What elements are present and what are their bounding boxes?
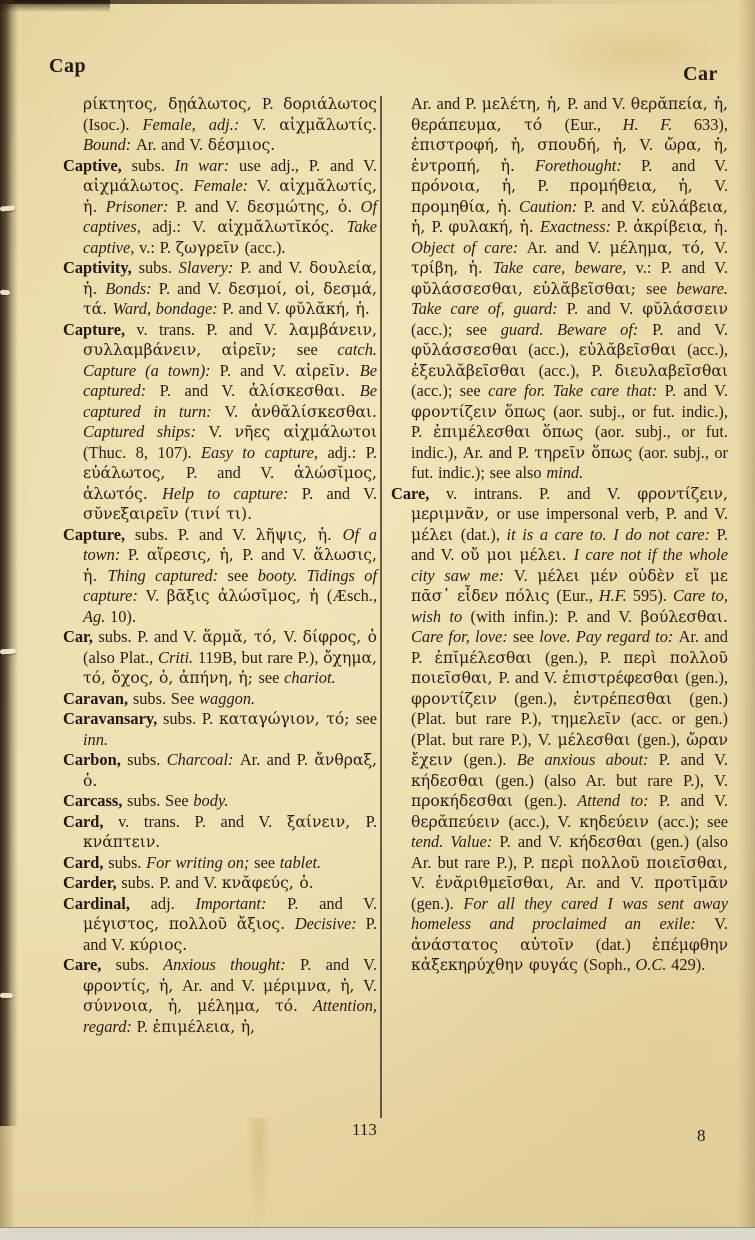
sense-label: I do not care: (613, 525, 716, 544)
entry-text: V. (224, 402, 251, 421)
greek-term: δοριάλωτος (283, 95, 377, 113)
entry-text: P. and V. (176, 197, 247, 216)
entry-text: subs. See (127, 791, 193, 810)
greek-term: αἵρεσις, ἡ, (147, 546, 242, 564)
greek-term: νῆες αἰχμάλωτοι (235, 423, 377, 441)
greek-term: κνάπτειν. (83, 833, 160, 851)
entry-headword: Caravansary, (63, 709, 163, 728)
sense-label: Anxious thought: (163, 955, 300, 974)
sense-label: Prisoner: (106, 197, 176, 216)
entry-text: (dat.), (461, 525, 507, 544)
sense-label: Important: (195, 894, 287, 913)
sense-label: Take care that: (553, 381, 665, 400)
book-page: Cap Car ρίκτητος, δῃάλωτος, P. δοριάλωτο… (0, 0, 755, 1240)
entry-headword: Cardinal, (63, 894, 151, 913)
greek-term: οὔ μοι μέλει. (461, 546, 574, 564)
greek-term: φροντίζειν (411, 690, 514, 708)
sense-label: Pay regard to: (576, 627, 679, 646)
entry-text: P. and V. (242, 545, 313, 564)
greek-term: σύννοια, ἡ, μέλημα, τό. (83, 997, 313, 1015)
greek-term: αἰχμάλωτος. (83, 177, 194, 195)
entry-text: 633), (694, 115, 728, 134)
entry-text: P. (538, 176, 570, 195)
entry-text: v. trans. P. and V. (118, 812, 287, 831)
sense-label: Object of care: (411, 238, 527, 257)
dictionary-entry: Carder, subs. P. and V. κνᾰφεύς, ὁ. (63, 873, 377, 894)
entry-text: V. (639, 135, 664, 154)
entry-text: Ar. and P. (240, 750, 315, 769)
sense-label: love. (539, 627, 576, 646)
greek-term: φροντίζειν ὅπως (411, 403, 553, 421)
sense-label: booty. (258, 566, 307, 585)
entry-text: P. and V. (665, 381, 728, 400)
entry-text: (Soph., (583, 955, 635, 974)
entry-text: P. and V. (659, 750, 728, 769)
greek-term: ἐξευλᾰβεῖσθαι (411, 362, 539, 380)
sense-label: Caution: (519, 197, 584, 216)
dictionary-column-left: ρίκτητος, δῃάλωτος, P. δοριάλωτος (Isoc.… (63, 94, 377, 1037)
greek-term: μέγιστος, πολλοῦ ἄξιος. (83, 915, 295, 933)
sense-label: Forethought: (535, 156, 641, 175)
entry-headword: Capture, (63, 320, 136, 339)
entry-text: subs. (132, 156, 175, 175)
greek-term: ἐπῐμέλεσθαι (434, 649, 545, 667)
entry-text: (acc.). (245, 238, 286, 257)
greek-term: προμήθεια, ἡ, (570, 177, 715, 195)
entry-text: (acc.), V. (508, 812, 579, 831)
entry-text: V. (514, 566, 538, 585)
entry-text: P. (137, 1017, 153, 1036)
dictionary-entry: Carbon, subs. Charcoal: Ar. and P. ἄνθρα… (63, 750, 377, 791)
entry-text: P. and V. (499, 832, 569, 851)
sense-label: Ward, bondage: (113, 299, 223, 318)
greek-term: φυλακή, ἡ. (448, 218, 540, 236)
greek-term: ἐπιμέλεια, ἡ, (153, 1018, 255, 1036)
greek-term: ἀνθᾰλίσκεσθαι. (251, 403, 377, 421)
entry-text: P. and V. (659, 791, 728, 810)
entry-text: P. (128, 545, 147, 564)
entry-text: 10). (110, 607, 136, 626)
greek-term: ἐπιστροφή, ἡ, σπουδή, ἡ, (411, 136, 639, 154)
entry-headword: Capture, (63, 525, 135, 544)
sense-label: mind. (546, 463, 583, 482)
greek-term: τημελεῖν (551, 710, 631, 728)
entry-text: use adj., P. and V. (239, 156, 377, 175)
entry-text: V. (363, 976, 377, 995)
sense-label: Care for, love: (411, 627, 513, 646)
entry-text: Ar. and V. (527, 238, 610, 257)
page-edge-right (737, 0, 755, 1240)
entry-text: (gen.), P. (545, 648, 623, 667)
sense-label: tend. (411, 832, 450, 851)
sense-label: body. (193, 791, 228, 810)
entry-text: subs. (116, 955, 163, 974)
dictionary-entry: Card, v. trans. P. and V. ξαίνειν, P. κν… (63, 812, 377, 853)
greek-term: πρόνοια, ἡ, (411, 177, 538, 195)
greek-term: φροντίς, ἡ, (83, 977, 182, 995)
entry-text: (Isoc.). (83, 115, 142, 134)
binding-tear-mark (0, 649, 16, 655)
entry-text: P. and V. (240, 258, 309, 277)
dictionary-entry: Carcass, subs. See body. (63, 791, 377, 812)
binding-tear-mark (0, 290, 10, 296)
dictionary-entry: Caravansary, subs. P. καταγώγιον, τό; se… (63, 709, 377, 750)
greek-term: μέλεσθαι (557, 731, 637, 749)
greek-term: δέσμιος. (208, 136, 275, 154)
greek-term: ρίκτητος, δῃάλωτος, (83, 95, 262, 113)
entry-text: (gen.). (464, 750, 517, 769)
entry-text: Ar. and V. (182, 976, 263, 995)
greek-term: τρίβη, ἡ. (411, 259, 493, 277)
entry-text: v. trans. P. and V. (136, 320, 288, 339)
entry-headword: Carbon, (63, 750, 127, 769)
entry-text: V. (411, 873, 435, 892)
sense-label: Female, adj.: (142, 115, 252, 134)
entry-text: (acc.), (687, 340, 728, 359)
entry-text: (gen.), (637, 730, 686, 749)
binding-tear-mark (0, 205, 15, 211)
entry-text: P. and V. (220, 361, 296, 380)
entry-text: P. and V. (159, 279, 229, 298)
greek-term: κνᾰφεύς, ὁ. (222, 874, 314, 892)
dictionary-entry: Card, subs. For writing on; see tablet. (63, 853, 377, 874)
greek-term: ἁλίσκεσθαι. (249, 382, 360, 400)
greek-term: ἅρμᾰ, τό, (202, 628, 283, 646)
greek-term: φῠλᾰκή, ἡ. (285, 300, 370, 318)
entry-text: see (513, 627, 539, 646)
entry-text: v.: P. (139, 238, 176, 257)
entry-text: (also Plat., (83, 648, 158, 667)
binding-edge-foot (0, 1126, 16, 1240)
entry-headword: Captive, (63, 156, 132, 175)
sense-label: H. F. (623, 115, 694, 134)
entry-text: 119B, but rare P.), (198, 648, 323, 667)
scan-edge-top (0, 0, 755, 4)
sense-label: Bound: (83, 135, 136, 154)
greek-term: θερᾰπεύειν (411, 813, 508, 831)
greek-term: ἀκρίβεια, ἡ. (633, 218, 728, 236)
greek-term: περὶ πολλοῦ ποιεῖσθαι, (541, 854, 728, 872)
entry-text: adj.: V. (152, 217, 217, 236)
entry-text: subs. (127, 750, 167, 769)
entry-text: see (254, 853, 280, 872)
entry-text: P. and V. (499, 668, 563, 687)
sense-label: waggon. (199, 689, 255, 708)
entry-text: v. intrans. P. and V. (446, 484, 637, 503)
greek-term: δίφρος, ὁ (303, 628, 377, 646)
entry-text: subs. (108, 853, 146, 872)
greek-term: αἱρεῖν. (295, 362, 359, 380)
sense-label: Help to capture: (162, 484, 302, 503)
entry-text: P. and V. (222, 299, 285, 318)
sense-label: Attend to: (577, 791, 659, 810)
entry-headword: Carder, (63, 873, 121, 892)
entry-text: (acc.); see (411, 381, 488, 400)
entry-text: P. and V. (652, 320, 728, 339)
entry-text: adj.: P. (327, 443, 377, 462)
entry-text: Ar. and V. (136, 135, 208, 154)
entry-text: V. (283, 627, 302, 646)
entry-headword: Card, (63, 812, 118, 831)
entry-text: subs. P. (163, 709, 219, 728)
entry-text: subs. P. and V. (98, 627, 202, 646)
entry-text: (dat.) (596, 935, 652, 954)
entry-text: (Eur., (556, 586, 598, 605)
running-head-right: Car (683, 63, 718, 86)
greek-term: σῠνεξαιρεῖν (τινί τι). (83, 505, 252, 523)
entry-text: (Æsch., (327, 586, 377, 605)
sense-label: Thing captured: (107, 566, 227, 585)
sense-label: In war: (175, 156, 239, 175)
entry-headword: Care, (391, 484, 446, 503)
greek-term: εὐάλωτος, (83, 464, 186, 482)
sense-label: Slavery: (179, 258, 240, 277)
entry-text: (Thuc. 8, 107). (83, 443, 201, 462)
dictionary-entry: Car, subs. P. and V. ἅρμᾰ, τό, V. δίφρος… (63, 627, 377, 689)
entry-text: see (297, 340, 338, 359)
entry-text: Ar. and V. (565, 873, 654, 892)
dictionary-entry: Capture, subs. P. and V. λῆψις, ἡ. Of a … (63, 525, 377, 628)
entry-text: Ar. and P. (411, 94, 482, 113)
column-divider (380, 96, 382, 1118)
entry-text: subs. P. and V. (121, 873, 222, 892)
sense-label: Take care of, guard: (411, 299, 567, 318)
greek-term: αἰχμᾰλωτῐκός. (217, 218, 346, 236)
entry-text: V. (714, 914, 728, 933)
greek-term: λῆψις, ἡ. (256, 526, 343, 544)
entry-text: (acc.); see (658, 812, 728, 831)
dictionary-entry: Captive, subs. In war: use adj., P. and … (63, 156, 377, 259)
sense-label: Capture (a town): (83, 361, 220, 380)
sense-label: For writing on; (146, 853, 254, 872)
greek-term: ἐντρέπεσθαι (573, 690, 689, 708)
dictionary-entry: Captivity, subs. Slavery: P. and V. δουλ… (63, 258, 377, 320)
entry-continuation: Ar. and P. μελέτη, ἡ, P. and V. θερᾰπεία… (391, 94, 728, 484)
entry-text: (gen.). (524, 791, 577, 810)
entry-continuation: ρίκτητος, δῃάλωτος, P. δοριάλωτος (Isoc.… (63, 94, 377, 156)
entry-text: subs. See (133, 689, 199, 708)
entry-text: subs. P. and V. (135, 525, 256, 544)
greek-term: μέλει (411, 526, 461, 544)
sense-label: Bonds: (105, 279, 158, 298)
greek-term: μέριμνα, ἡ, (263, 977, 363, 995)
scan-edge-bottom (0, 1227, 755, 1240)
running-head-left: Cap (49, 55, 86, 78)
greek-term: διευλαβεῖσθαι (615, 362, 728, 380)
entry-text: V. (145, 586, 166, 605)
sense-label: Charcoal: (167, 750, 240, 769)
entry-text: P. (262, 94, 283, 113)
entry-text: P. and V. (186, 463, 294, 482)
greek-term: φῠλάσσειν (642, 300, 728, 318)
entry-text: see (356, 709, 377, 728)
entry-text: P. and V. (567, 299, 643, 318)
entry-text: P. and V. (160, 381, 249, 400)
entry-headword: Car, (63, 627, 98, 646)
greek-term: κύριος. (130, 936, 188, 954)
sense-label: Easy to capture, (201, 443, 327, 462)
sense-label: inn. (83, 730, 108, 749)
sense-label: Criti. (158, 648, 198, 667)
greek-term: ἐνᾰριθμεῖσθαι, (435, 874, 565, 892)
entry-text: see (259, 668, 285, 687)
dictionary-entry: Care, v. intrans. P. and V. φροντίζειν, … (391, 484, 728, 976)
dictionary-entry: Caravan, subs. See waggon. (63, 689, 377, 710)
sense-label: it is a care to. (507, 525, 614, 544)
greek-term: προμηθία, ἡ. (411, 198, 519, 216)
sense-label: Female: (194, 176, 257, 195)
sense-label: guard. (501, 320, 557, 339)
sense-label: Captured ships: (83, 422, 208, 441)
entry-text: see (646, 279, 676, 298)
sense-label: tablet. (280, 853, 321, 872)
greek-term: τηρεῖν ὅπως (534, 444, 638, 462)
entry-text: (gen.) (also Ar. but rare P.), V. (495, 771, 728, 790)
entry-text: (gen.). (411, 894, 463, 913)
signature-mark: 8 (697, 1126, 706, 1146)
sense-label: Ag. (83, 607, 110, 626)
entry-headword: Card, (63, 853, 108, 872)
sense-label: Decisive: (295, 914, 366, 933)
sense-label: Take care, beware, (493, 258, 636, 277)
sense-label: Beware of: (557, 320, 652, 339)
greek-term: βᾶξις ἁλώσῐμος, ἡ (167, 587, 327, 605)
dictionary-entry: Cardinal, adj. Important: P. and V. μέγι… (63, 894, 377, 956)
entry-text: (acc.); see (411, 320, 501, 339)
greek-term: δεσμώτης, ὁ. (247, 198, 361, 216)
entry-text: 595). (633, 586, 673, 605)
binding-edge (0, 0, 18, 1126)
sense-label: chariot. (284, 668, 335, 687)
entry-text: V. (257, 176, 279, 195)
entry-text: or use impersonal verb, P. and V. (497, 504, 728, 523)
greek-term: μελέτη, ἡ, (482, 95, 567, 113)
greek-term: ἀνάστατος αὐτοῖν (411, 936, 596, 954)
entry-text: see (227, 566, 257, 585)
entry-text: P. and V. (300, 955, 377, 974)
greek-term: εὐλᾰβεῖσθαι (579, 341, 687, 359)
sense-label: beware. (676, 279, 728, 298)
greek-term: ξαίνειν, (287, 813, 366, 831)
greek-term: προκήδεσθαι (411, 792, 524, 810)
entry-headword: Caravan, (63, 689, 133, 708)
entry-text: P. (616, 217, 633, 236)
entry-text: P. and V. (287, 894, 377, 913)
dictionary-column-right: Ar. and P. μελέτη, ἡ, P. and V. θερᾰπεία… (391, 94, 728, 976)
sense-label: care for. (488, 381, 553, 400)
entry-text: V. (208, 422, 234, 441)
entry-text: (Eur., (565, 115, 623, 134)
entry-text: V. (714, 176, 728, 195)
entry-headword: Care, (63, 955, 116, 974)
binding-tear-mark (0, 993, 13, 998)
sense-label: catch. (337, 340, 377, 359)
dictionary-entry: Care, subs. Anxious thought: P. and V. φ… (63, 955, 377, 1037)
entry-headword: Captivity, (63, 258, 139, 277)
greek-term: φῠλάσσεσθαι (411, 341, 528, 359)
entry-text: P. and V. (567, 94, 631, 113)
greek-term: βούλεσθαι. (641, 608, 728, 626)
entry-text: P. (432, 217, 449, 236)
greek-term: κήδεσθαι (569, 833, 650, 851)
entry-headword: Carcass, (63, 791, 127, 810)
sense-label: Be anxious about: (517, 750, 659, 769)
dictionary-entry: Capture, v. trans. P. and V. λαμβάνειν, … (63, 320, 377, 525)
greek-term: καταγώγιον, τό; (219, 710, 356, 728)
sense-label: Exactness: (540, 217, 616, 236)
entry-text: (with infin.): P. and V. (471, 607, 641, 626)
entry-text: adj. (151, 894, 196, 913)
page-number: 113 (352, 1120, 377, 1140)
greek-term: κηδεύειν (579, 813, 658, 831)
greek-term: αἰχμᾰλωτίς. (279, 116, 377, 134)
greek-term: προτῑμᾶν (654, 874, 728, 892)
sense-label: H.F. (599, 586, 633, 605)
entry-text: P. and V. (641, 156, 728, 175)
entry-text: (gen.), (685, 668, 728, 687)
sense-label: Value: (450, 832, 499, 851)
entry-text: V. (252, 115, 279, 134)
sense-label: O.C. (636, 955, 672, 974)
entry-text: subs. (139, 258, 179, 277)
greek-term: ἐπιστρέφεσθαι (562, 669, 685, 687)
paper-stain (246, 1118, 272, 1234)
entry-text: (acc.), (528, 340, 579, 359)
entry-text: v.: P. and V. (636, 258, 728, 277)
greek-term: μέλημα, τό, (610, 239, 715, 257)
greek-term: φῠλάσσεσθαι, εὐλᾰβεῖσθαι; (411, 280, 646, 298)
entry-text: P. and V. (302, 484, 377, 503)
entry-text: P. (366, 812, 377, 831)
entry-text: 429). (671, 955, 705, 974)
entry-text: (gen.), (514, 689, 573, 708)
greek-term: κήδεσθαι (411, 772, 495, 790)
entry-text: P. and V. (584, 197, 652, 216)
entry-text: V. (714, 238, 728, 257)
greek-term: ζωγρεῖν (176, 239, 245, 257)
greek-term: ἐπιμέλεσθαι ὅπως (433, 423, 595, 441)
entry-text: (acc.), P. (539, 361, 615, 380)
